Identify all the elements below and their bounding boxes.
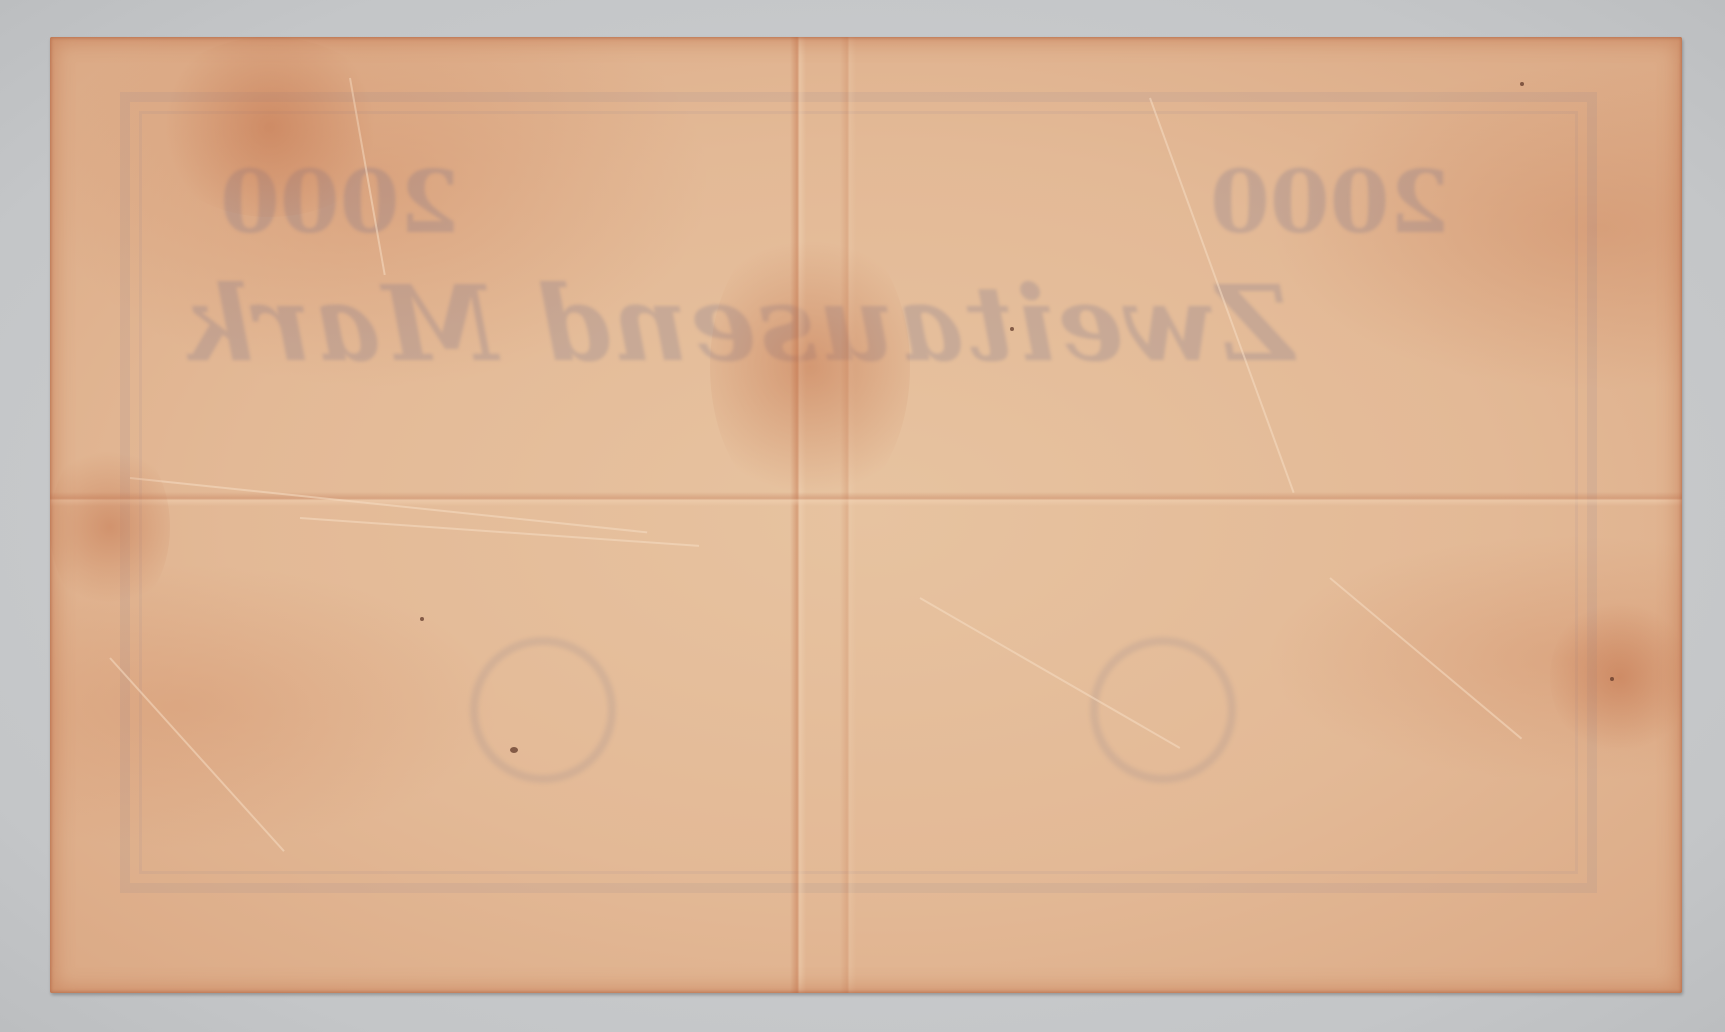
ghost-numeral-left: 2000 (1210, 152, 1449, 253)
banknote: 2000 2000 Zweitausend Mark (50, 37, 1682, 993)
foxing-stain (710, 217, 910, 517)
foxing-stain (150, 37, 390, 217)
ghost-seal-right (470, 637, 616, 783)
speck (1010, 327, 1014, 331)
speck (1610, 677, 1614, 681)
vertical-fold-secondary (840, 37, 856, 993)
speck (420, 617, 424, 621)
foxing-stain (1550, 597, 1682, 757)
speck (1520, 82, 1524, 86)
foxing-stain (50, 437, 170, 617)
speck (510, 747, 518, 753)
